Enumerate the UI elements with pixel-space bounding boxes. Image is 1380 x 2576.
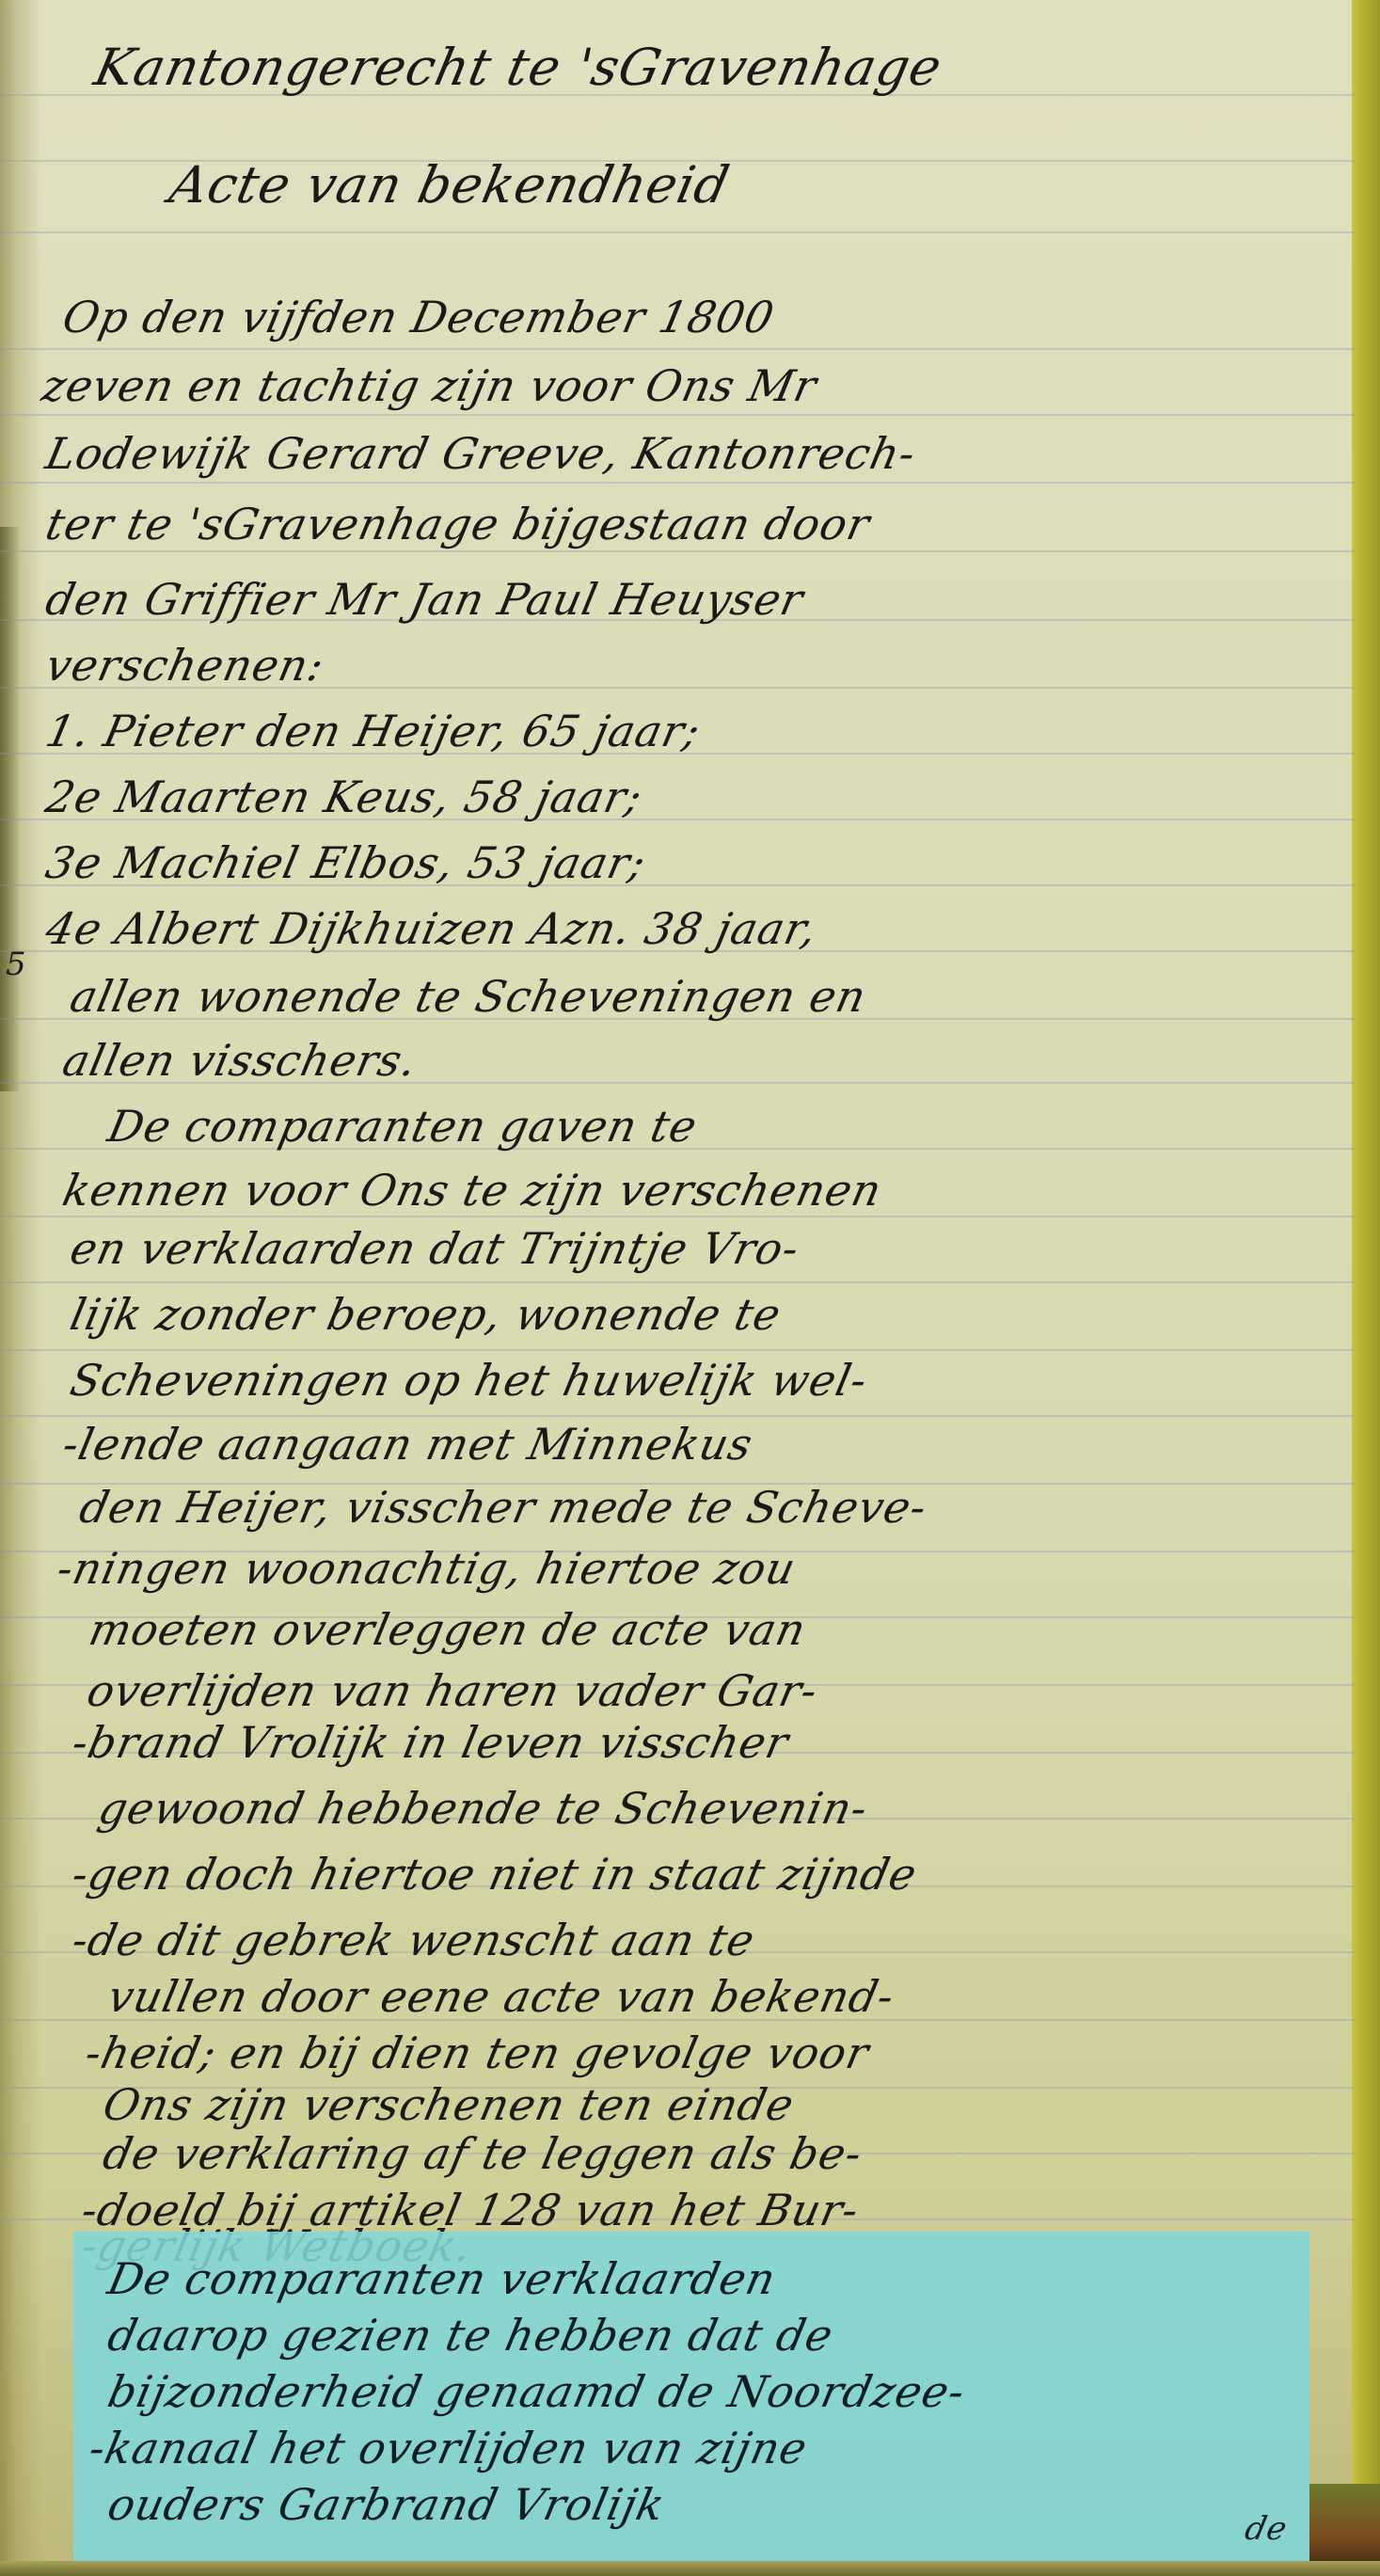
- body-line: den Griffier Mr Jan Paul Heuyser: [41, 574, 808, 625]
- ruled-line: [0, 1216, 1355, 1217]
- ruled-line: [0, 1349, 1355, 1351]
- body-line: vullen door eene acte van bekend-: [103, 1971, 899, 2022]
- ruled-line: [0, 414, 1355, 416]
- body-line: -ningen woonachtig, hiertoe zou: [53, 1543, 801, 1594]
- body-line: Scheveningen op het huwelijk wel-: [66, 1355, 872, 1406]
- body-line: lijk zonder beroep, wonende te: [66, 1289, 785, 1340]
- highlighted-line: ouders Garbrand Vrolijk: [103, 2479, 670, 2530]
- body-line: Op den vijfden December 1800: [58, 292, 779, 342]
- ruled-line: [0, 482, 1355, 484]
- witness-line: 3e Machiel Elbos, 53 jaar;: [41, 837, 651, 888]
- body-line: gewoond hebbende te Schevenin-: [94, 1783, 873, 1834]
- body-line: -brand Vrolijk in leven visscher: [68, 1717, 794, 1768]
- body-line: -de dit gebrek wenscht aan te: [68, 1915, 760, 1965]
- body-line: -gen doch hiertoe niet in staat zijnde: [68, 1849, 922, 1900]
- body-line: moeten overleggen de acte van: [85, 1604, 811, 1655]
- body-line: overlijden van haren vader Gar-: [83, 1665, 823, 1716]
- witness-line: 2e Maarten Keus, 58 jaar;: [41, 771, 647, 822]
- page-edge: [1352, 0, 1380, 2576]
- ruled-line: [0, 1415, 1355, 1417]
- witness-line: 1. Pieter den Heijer, 65 jaar;: [41, 706, 706, 756]
- body-line: -lende aangaan met Minnekus: [58, 1419, 757, 1470]
- trailing-mark: de: [1242, 2510, 1291, 2548]
- witness-line: 4e Albert Dijkhuizen Azn. 38 jaar,: [41, 903, 822, 954]
- body-line: allen visschers.: [58, 1035, 422, 1086]
- highlighted-line: -kanaal het overlijden van zijne: [85, 2423, 812, 2473]
- body-line: kennen voor Ons te zijn verschenen: [58, 1165, 887, 1216]
- highlighted-line: bijzonderheid genaamd de Noordzee-: [103, 2366, 970, 2417]
- ruled-line: [0, 231, 1355, 233]
- ruled-line: [0, 348, 1355, 350]
- body-line: Ons zijn verschenen ten einde: [99, 2079, 799, 2130]
- body-line: verschenen:: [41, 640, 329, 691]
- binding-shadow: [0, 527, 21, 1091]
- court-heading: Kantongerecht te 'sGravenhage: [89, 38, 947, 97]
- body-line: den Heijer, visscher mede te Scheve-: [75, 1482, 932, 1533]
- highlighted-line: daarop gezien te hebben dat de: [103, 2310, 838, 2361]
- ruled-line: [0, 1281, 1355, 1283]
- body-line: De comparanten gaven te: [103, 1101, 702, 1152]
- body-line: en verklaarden dat Trijntje Vro-: [66, 1223, 804, 1274]
- body-line: -heid; en bij dien ten gevolge voor: [81, 2027, 874, 2078]
- body-line: ter te 'sGravenhage bijgestaan door: [41, 499, 875, 549]
- page-bottom-edge: [0, 2561, 1380, 2576]
- body-line: zeven en tachtig zijn voor Ons Mr: [38, 360, 822, 411]
- margin-mark: 5: [6, 946, 26, 983]
- document-title: Acte van bekendheid: [165, 155, 735, 215]
- body-line: allen wonende te Scheveningen en: [66, 971, 871, 1022]
- body-line: Lodewijk Gerard Greeve, Kantonrech-: [41, 428, 921, 479]
- body-line: de verklaring af te leggen als be-: [99, 2128, 867, 2179]
- ruled-line: [0, 550, 1355, 552]
- highlighted-line: De comparanten verklaarden: [103, 2253, 781, 2304]
